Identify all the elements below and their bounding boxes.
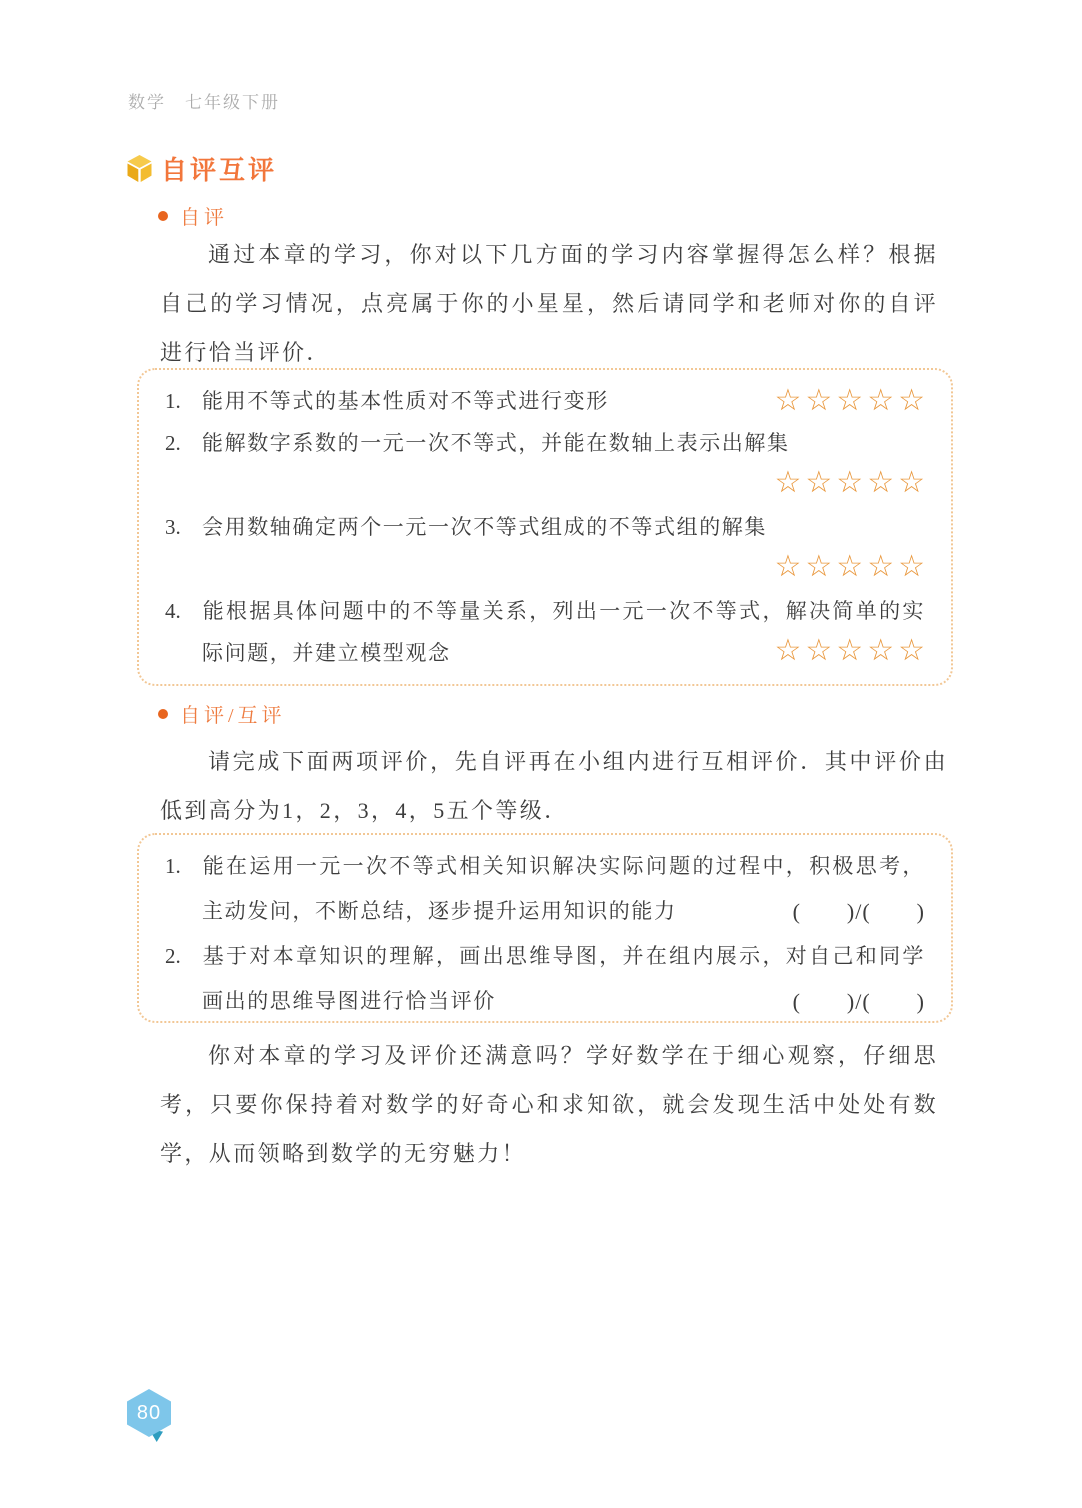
item-label: 会用数轴确定两个一元一次不等式组成的不等式组的解集: [202, 515, 767, 539]
peer-eval-box: 1.能在运用一元一次不等式相关知识解决实际问题的过程中，积极思考，主动发问，不断…: [137, 833, 953, 1023]
star-icon[interactable]: ☆: [770, 549, 801, 584]
star-icon[interactable]: ☆: [801, 465, 832, 500]
star-rating[interactable]: ☆☆☆☆☆: [770, 630, 925, 674]
star-icon[interactable]: ☆: [832, 383, 863, 418]
eval-item-2: 2.能解数字系数的一元一次不等式，并能在数轴上表示出解集 ☆☆☆☆☆: [165, 422, 925, 506]
star-icon[interactable]: ☆: [801, 383, 832, 418]
item-number: 1.: [165, 844, 202, 889]
item-number: 2.: [165, 422, 202, 464]
star-icon[interactable]: ☆: [832, 633, 863, 668]
item-label: 能用不等式的基本性质对不等式进行变形: [202, 389, 609, 413]
eval-item-4: 4.能根据具体问题中的不等量关系，列出一元一次不等式，解决简单的实际问题，并建立…: [165, 590, 925, 674]
peer-item-1: 1.能在运用一元一次不等式相关知识解决实际问题的过程中，积极思考，主动发问，不断…: [165, 844, 925, 934]
self-eval-heading: 自评: [158, 201, 228, 230]
star-icon[interactable]: ☆: [832, 465, 863, 500]
bullet-dot-icon: [158, 211, 168, 221]
star-icon[interactable]: ☆: [801, 549, 832, 584]
item-label: 能解数字系数的一元一次不等式，并能在数轴上表示出解集: [202, 431, 790, 455]
closing-paragraph: 你对本章的学习及评价还满意吗？学好数学在于细心观察，仔细思考，只要你保持着对数学…: [160, 1031, 938, 1178]
star-rating[interactable]: ☆☆☆☆☆: [770, 462, 925, 506]
peer-eval-heading-label: 自评/互评: [180, 699, 286, 728]
star-icon[interactable]: ☆: [770, 633, 801, 668]
hexagon-icon: 80: [127, 1389, 171, 1437]
page-number: 80: [137, 1402, 161, 1425]
item-number: 4.: [165, 590, 202, 632]
bullet-dot-icon: [158, 709, 168, 719]
score-blank: ( )/( ): [793, 889, 925, 934]
star-rating[interactable]: ☆☆☆☆☆: [770, 546, 925, 590]
peer-item-2: 2.基于对本章知识的理解，画出思维导图，并在组内展示，对自己和同学画出的思维导图…: [165, 934, 925, 1024]
star-icon[interactable]: ☆: [894, 383, 925, 418]
star-icon[interactable]: ☆: [770, 465, 801, 500]
star-icon[interactable]: ☆: [770, 383, 801, 418]
item-number: 1.: [165, 380, 202, 422]
section-title: 自评互评: [161, 150, 277, 187]
section-title-row: 自评互评: [126, 150, 277, 187]
star-icon[interactable]: ☆: [894, 633, 925, 668]
item-number: 2.: [165, 934, 202, 979]
star-icon[interactable]: ☆: [894, 549, 925, 584]
eval-item-3: 3.会用数轴确定两个一元一次不等式组成的不等式组的解集 ☆☆☆☆☆: [165, 506, 925, 590]
peer-eval-heading: 自评/互评: [158, 699, 286, 728]
star-icon[interactable]: ☆: [863, 549, 894, 584]
self-eval-box: 1.能用不等式的基本性质对不等式进行变形 ☆☆☆☆☆ 2.能解数字系数的一元一次…: [137, 368, 953, 686]
item-number: 3.: [165, 506, 202, 548]
booklet-header: 数学 七年级下册: [128, 88, 280, 113]
star-icon[interactable]: ☆: [863, 383, 894, 418]
star-icon[interactable]: ☆: [832, 549, 863, 584]
textbook-page: 数学 七年级下册 自评互评 自评 通过本章的学习，你对以下几方面的学习内容掌握得…: [0, 0, 1082, 1508]
self-eval-heading-label: 自评: [180, 201, 228, 230]
star-icon[interactable]: ☆: [863, 465, 894, 500]
star-icon[interactable]: ☆: [801, 633, 832, 668]
eval-item-1: 1.能用不等式的基本性质对不等式进行变形 ☆☆☆☆☆: [165, 380, 925, 422]
eval-item-text: 3.会用数轴确定两个一元一次不等式组成的不等式组的解集: [165, 506, 925, 548]
self-eval-intro: 通过本章的学习，你对以下几方面的学习内容掌握得怎么样？根据自己的学习情况，点亮属…: [160, 230, 938, 377]
cube-icon: [126, 154, 153, 183]
star-rating[interactable]: ☆☆☆☆☆: [770, 380, 925, 424]
eval-item-text: 2.能解数字系数的一元一次不等式，并能在数轴上表示出解集: [165, 422, 925, 464]
page-number-badge: 80: [127, 1389, 173, 1441]
star-icon[interactable]: ☆: [894, 465, 925, 500]
score-blank: ( )/( ): [793, 979, 925, 1024]
peer-eval-intro: 请完成下面两项评价，先自评再在小组内进行互相评价．其中评价由低到高分为1，2，3…: [160, 737, 948, 835]
star-icon[interactable]: ☆: [863, 633, 894, 668]
